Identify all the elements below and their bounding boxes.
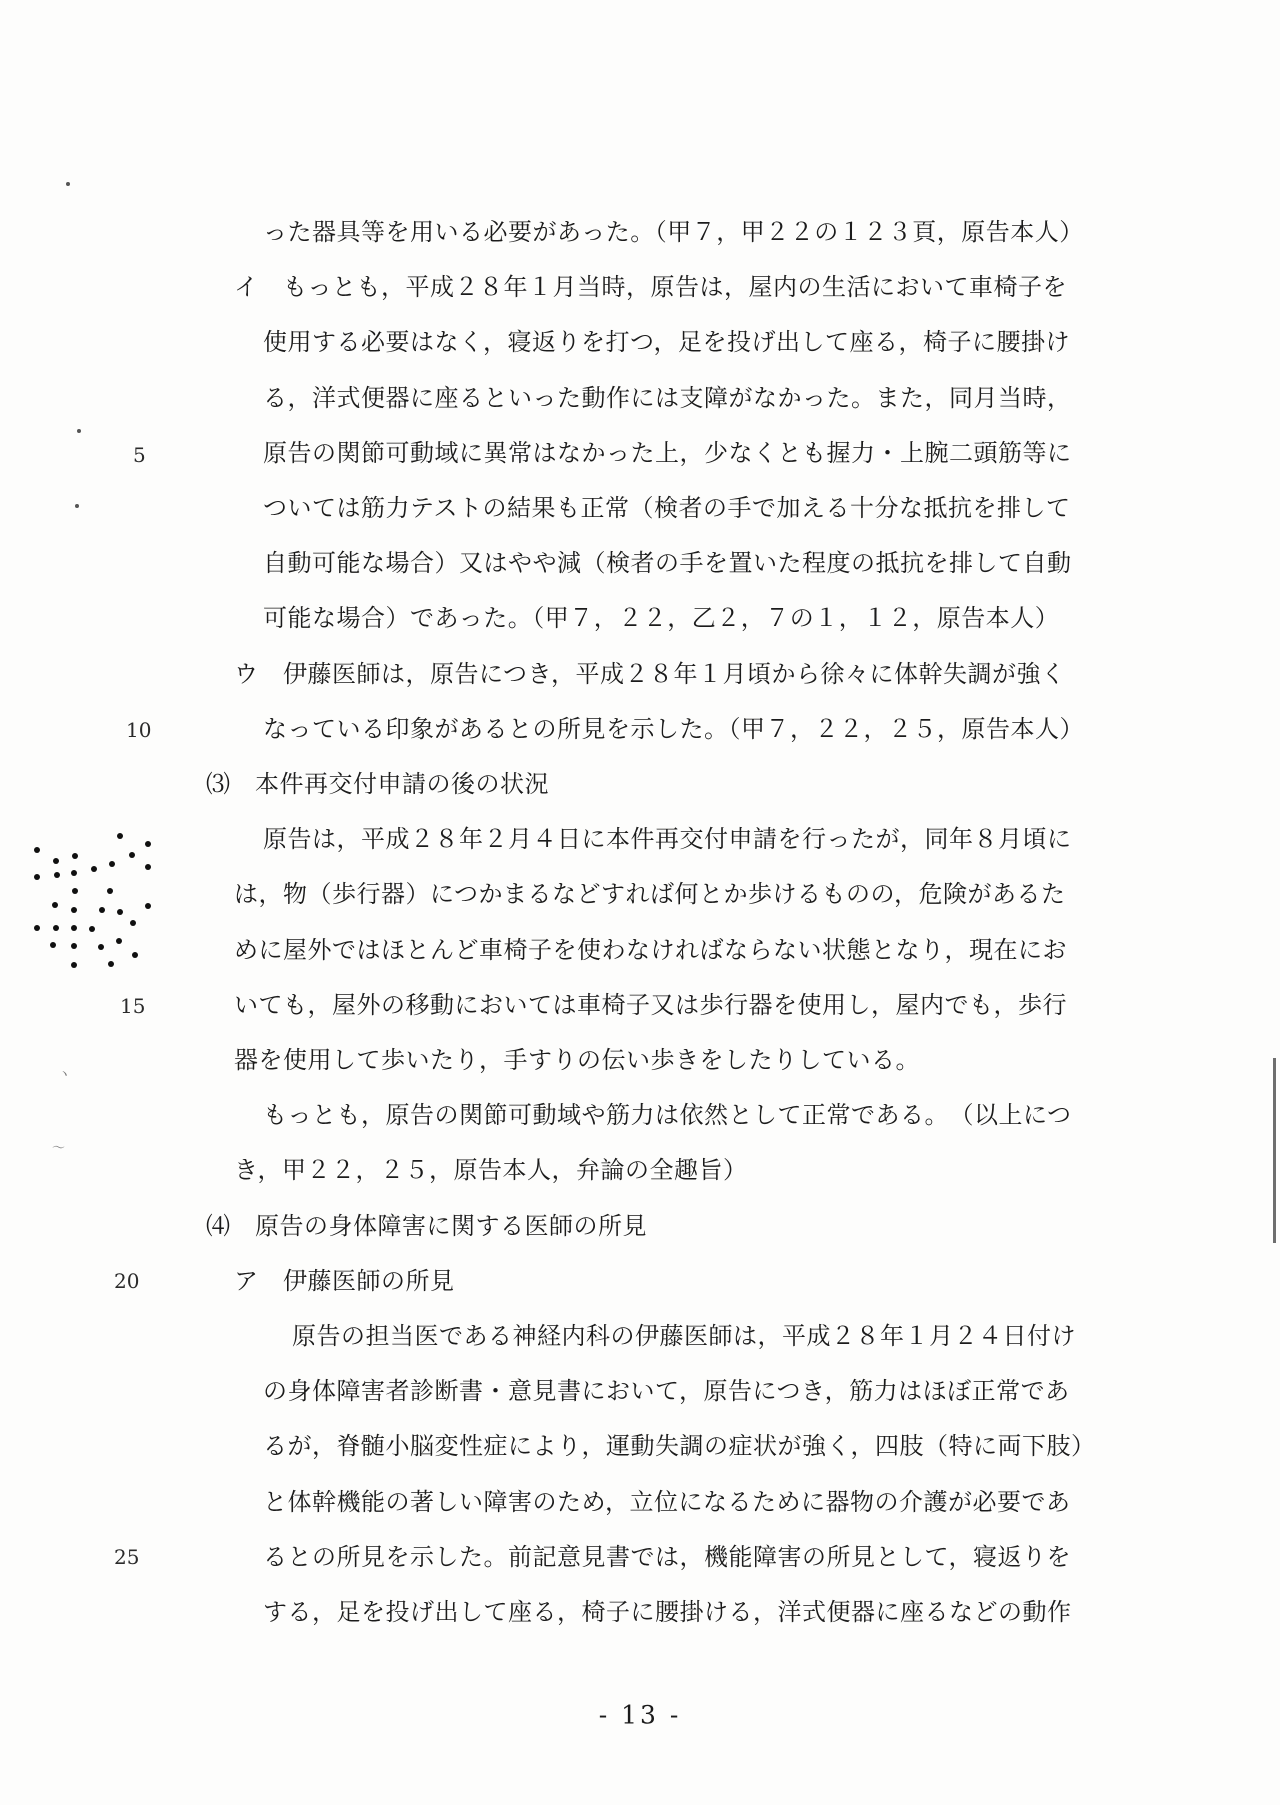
ink-dot (89, 926, 95, 932)
ink-dot (109, 861, 115, 867)
ink-dot (34, 874, 40, 880)
stray-mark: ヽ (58, 1068, 71, 1081)
text-line-1: った器具等を用いる必要があった。（甲７，甲２２の１２３頁，原告本人） (263, 220, 1084, 244)
ink-dot (91, 866, 97, 872)
margin-line-number-15: 15 (120, 996, 145, 1016)
ink-dot (34, 847, 40, 853)
ink-dot (98, 944, 104, 950)
text-line-21: 原告の担当医である神経内科の伊藤医師は，平成２８年１月２４日付け (292, 1324, 1076, 1348)
ink-dot (71, 925, 77, 931)
ink-dot (50, 942, 56, 948)
text-line-13: は，物（歩行器）につかまるなどすれば何とか歩けるものの，危険があるた (234, 882, 1066, 906)
ink-dot (116, 938, 122, 944)
margin-line-number-20: 20 (114, 1271, 139, 1291)
ink-dot (71, 870, 77, 876)
ink-dot (117, 833, 123, 839)
ink-dot (132, 952, 138, 958)
margin-line-number-25: 25 (114, 1547, 139, 1567)
text-line-17: もっとも，原告の関節可動域や筋力は依然として正常である。 （以上につ (263, 1103, 1072, 1127)
text-line-8: 可能な場合）であった。（甲７，２２，乙２，７の１，１２，原告本人） (263, 606, 1059, 630)
faint-ink-dot (75, 504, 79, 508)
ink-dot (53, 925, 59, 931)
ink-dot (71, 907, 77, 913)
stray-mark: 〜 (52, 1142, 65, 1155)
faint-ink-dot (77, 429, 81, 433)
text-line-6: ついては筋力テストの結果も正常（検者の手で加える十分な抵抗を排して (263, 496, 1071, 520)
scan-edge-artifact (1273, 1058, 1276, 1243)
text-line-20: ア 伊藤医師の所見 (234, 1269, 455, 1293)
text-line-24: と体幹機能の著しい障害のため，立位になるために器物の介護が必要であ (263, 1490, 1071, 1514)
text-line-23: るが，脊髄小脳変性症により，運動失調の症状が強く，四肢（特に両下肢） (263, 1434, 1096, 1458)
ink-dot (54, 872, 60, 878)
text-line-19: ⑷ 原告の身体障害に関する医師の所見 (206, 1214, 647, 1238)
ink-dot (145, 841, 151, 847)
ink-dot (52, 902, 58, 908)
page-number: - 13 - (0, 1701, 1280, 1730)
ink-dot (71, 962, 77, 968)
scanned-document-page: 510152025 った器具等を用いる必要があった。（甲７，甲２２の１２３頁，原… (0, 0, 1280, 1805)
text-line-4: る，洋式便器に座るといった動作には支障がなかった。また，同月当時， (263, 386, 1072, 410)
text-line-2: イ もっとも，平成２８年１月当時，原告は，屋内の生活において車椅子を (234, 275, 1067, 299)
text-line-12: 原告は，平成２８年２月４日に本件再交付申請を行ったが，同年８月頃に (263, 827, 1072, 851)
ink-dot (108, 961, 114, 967)
text-line-25: るとの所見を示した。前記意見書では，機能障害の所見として，寝返りを (263, 1545, 1071, 1569)
text-line-7: 自動可能な場合）又はやや減（検者の手を置いた程度の抵抗を排して自動 (263, 551, 1072, 575)
ink-dot (99, 907, 105, 913)
ink-dot (72, 888, 78, 894)
ink-dot (130, 920, 136, 926)
text-line-16: 器を使用して歩いたり，手すりの伝い歩きをしたりしている。 (234, 1048, 920, 1072)
faint-ink-dot (66, 182, 70, 186)
text-line-5: 原告の関節可動域に異常はなかった上，少なくとも握力・上腕二頭筋等に (263, 441, 1072, 465)
ink-dot (107, 888, 113, 894)
text-line-22: の身体障害者診断書・意見書において，原告につき，筋力はほぼ正常であ (263, 1379, 1070, 1403)
text-line-14: めに屋外ではほとんど車椅子を使わなければならない状態となり，現在にお (234, 938, 1067, 962)
ink-dot (72, 853, 78, 859)
text-line-11: ⑶ 本件再交付申請の後の状況 (206, 772, 549, 796)
ink-dot (71, 943, 77, 949)
ink-dot (53, 858, 59, 864)
text-line-10: なっている印象があるとの所見を示した。（甲７，２２，２５，原告本人） (263, 717, 1084, 741)
text-line-3: 使用する必要はなく，寝返りを打つ，足を投げ出して座る，椅子に腰掛け (263, 330, 1070, 354)
ink-dot (34, 925, 40, 931)
margin-line-number-10: 10 (126, 720, 151, 740)
text-line-9: ウ 伊藤医師は，原告につき，平成２８年１月頃から徐々に体幹失調が強く (234, 662, 1066, 686)
ink-dot (145, 903, 151, 909)
ink-dot (117, 909, 123, 915)
text-line-15: いても，屋外の移動においては車椅子又は歩行器を使用し，屋内でも，歩行 (234, 993, 1067, 1017)
ink-dot (129, 852, 135, 858)
margin-line-number-5: 5 (133, 445, 146, 465)
text-line-26: する，足を投げ出して座る，椅子に腰掛ける，洋式便器に座るなどの動作 (263, 1600, 1072, 1624)
ink-dot (145, 864, 151, 870)
text-line-18: き，甲２２，２５，原告本人，弁論の全趣旨） (234, 1158, 748, 1182)
